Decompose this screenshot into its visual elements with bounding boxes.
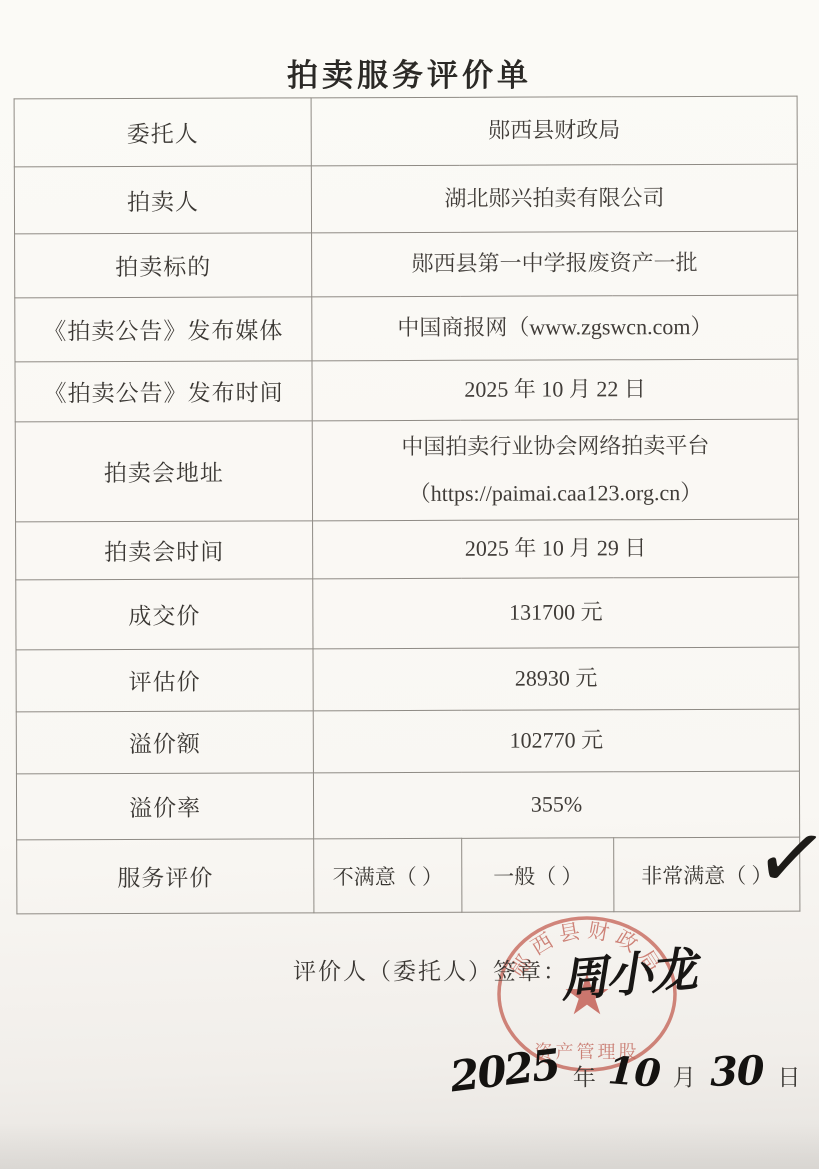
- row-label-premium-rate: 溢价率: [16, 773, 313, 840]
- table-row-client: 委托人 郧西县财政局: [14, 96, 797, 167]
- date-year-handwritten: 2025: [447, 1040, 561, 1102]
- date-month-unit: 月: [673, 1059, 696, 1092]
- scanned-document-page: 拍卖服务评价单 委托人 郧西县财政局 拍卖人 湖北郧兴拍卖有限公司 拍卖标的 郧…: [0, 0, 819, 1169]
- row-value-deal-price: 131700 元: [313, 577, 799, 649]
- date-year-unit: 年: [573, 1059, 596, 1092]
- table-row-auctioneer: 拍卖人 湖北郧兴拍卖有限公司: [14, 164, 797, 234]
- row-value-premium-rate: 355%: [313, 771, 799, 839]
- table-row-subject: 拍卖标的 郧西县第一中学报废资产一批: [15, 231, 798, 298]
- row-value-auction-time: 2025 年 10 月 29 日: [313, 519, 799, 579]
- date-month-handwritten: 10: [606, 1047, 662, 1096]
- table-row-service-evaluation: 服务评价 不满意（ ） 一般（ ） 非常满意（ ）: [17, 837, 800, 914]
- page-title: 拍卖服务评价单: [0, 50, 819, 95]
- table-row-premium-rate: 溢价率 355%: [16, 771, 799, 840]
- option-unsatisfied: 不满意（ ）: [314, 838, 462, 913]
- table-row-announcement-media: 《拍卖公告》发布媒体 中国商报网（www.zgswcn.com）: [15, 295, 798, 362]
- row-value-auction-address: 中国拍卖行业协会网络拍卖平台 （https://paimai.caa123.or…: [312, 419, 798, 521]
- row-value-premium-amount: 102770 元: [313, 709, 799, 773]
- row-value-announcement-media: 中国商报网（www.zgswcn.com）: [312, 295, 798, 361]
- table-row-appraisal-price: 评估价 28930 元: [16, 647, 799, 712]
- row-label-auction-address: 拍卖会地址: [15, 421, 312, 522]
- evaluation-table: 委托人 郧西县财政局 拍卖人 湖北郧兴拍卖有限公司 拍卖标的 郧西县第一中学报废…: [14, 96, 801, 915]
- evaluator-sign-label: 评价人（委托人）签章：: [293, 953, 568, 986]
- table-row-auction-time: 拍卖会时间 2025 年 10 月 29 日: [16, 519, 799, 580]
- date-day-unit: 日: [777, 1059, 800, 1092]
- table-row-announcement-time: 《拍卖公告》发布时间 2025 年 10 月 22 日: [15, 359, 798, 422]
- row-label-service-evaluation: 服务评价: [17, 839, 314, 914]
- row-value-client: 郧西县财政局: [311, 96, 797, 166]
- row-label-auctioneer: 拍卖人: [14, 166, 311, 234]
- row-label-premium-amount: 溢价额: [16, 711, 313, 774]
- date-day-handwritten: 30: [709, 1047, 764, 1096]
- row-label-client: 委托人: [14, 98, 311, 167]
- row-label-auction-time: 拍卖会时间: [16, 521, 313, 580]
- row-label-appraisal-price: 评估价: [16, 649, 313, 712]
- row-value-subject: 郧西县第一中学报废资产一批: [312, 231, 798, 297]
- row-label-subject: 拍卖标的: [15, 233, 312, 298]
- handwritten-signature: 周小龙: [557, 932, 697, 1011]
- table-row-auction-address: 拍卖会地址 中国拍卖行业协会网络拍卖平台 （https://paimai.caa…: [15, 419, 798, 522]
- row-value-announcement-time: 2025 年 10 月 22 日: [312, 359, 798, 421]
- table-row-deal-price: 成交价 131700 元: [16, 577, 799, 650]
- handwritten-date-line: 2025 年 10 月 30 日: [450, 1046, 800, 1095]
- table-row-premium-amount: 溢价额 102770 元: [16, 709, 799, 774]
- row-value-appraisal-price: 28930 元: [313, 647, 799, 711]
- option-average: 一般（ ）: [462, 838, 614, 913]
- row-label-announcement-media: 《拍卖公告》发布媒体: [15, 297, 312, 362]
- row-value-auctioneer: 湖北郧兴拍卖有限公司: [311, 164, 797, 233]
- row-label-deal-price: 成交价: [16, 579, 313, 650]
- row-label-announcement-time: 《拍卖公告》发布时间: [15, 361, 312, 422]
